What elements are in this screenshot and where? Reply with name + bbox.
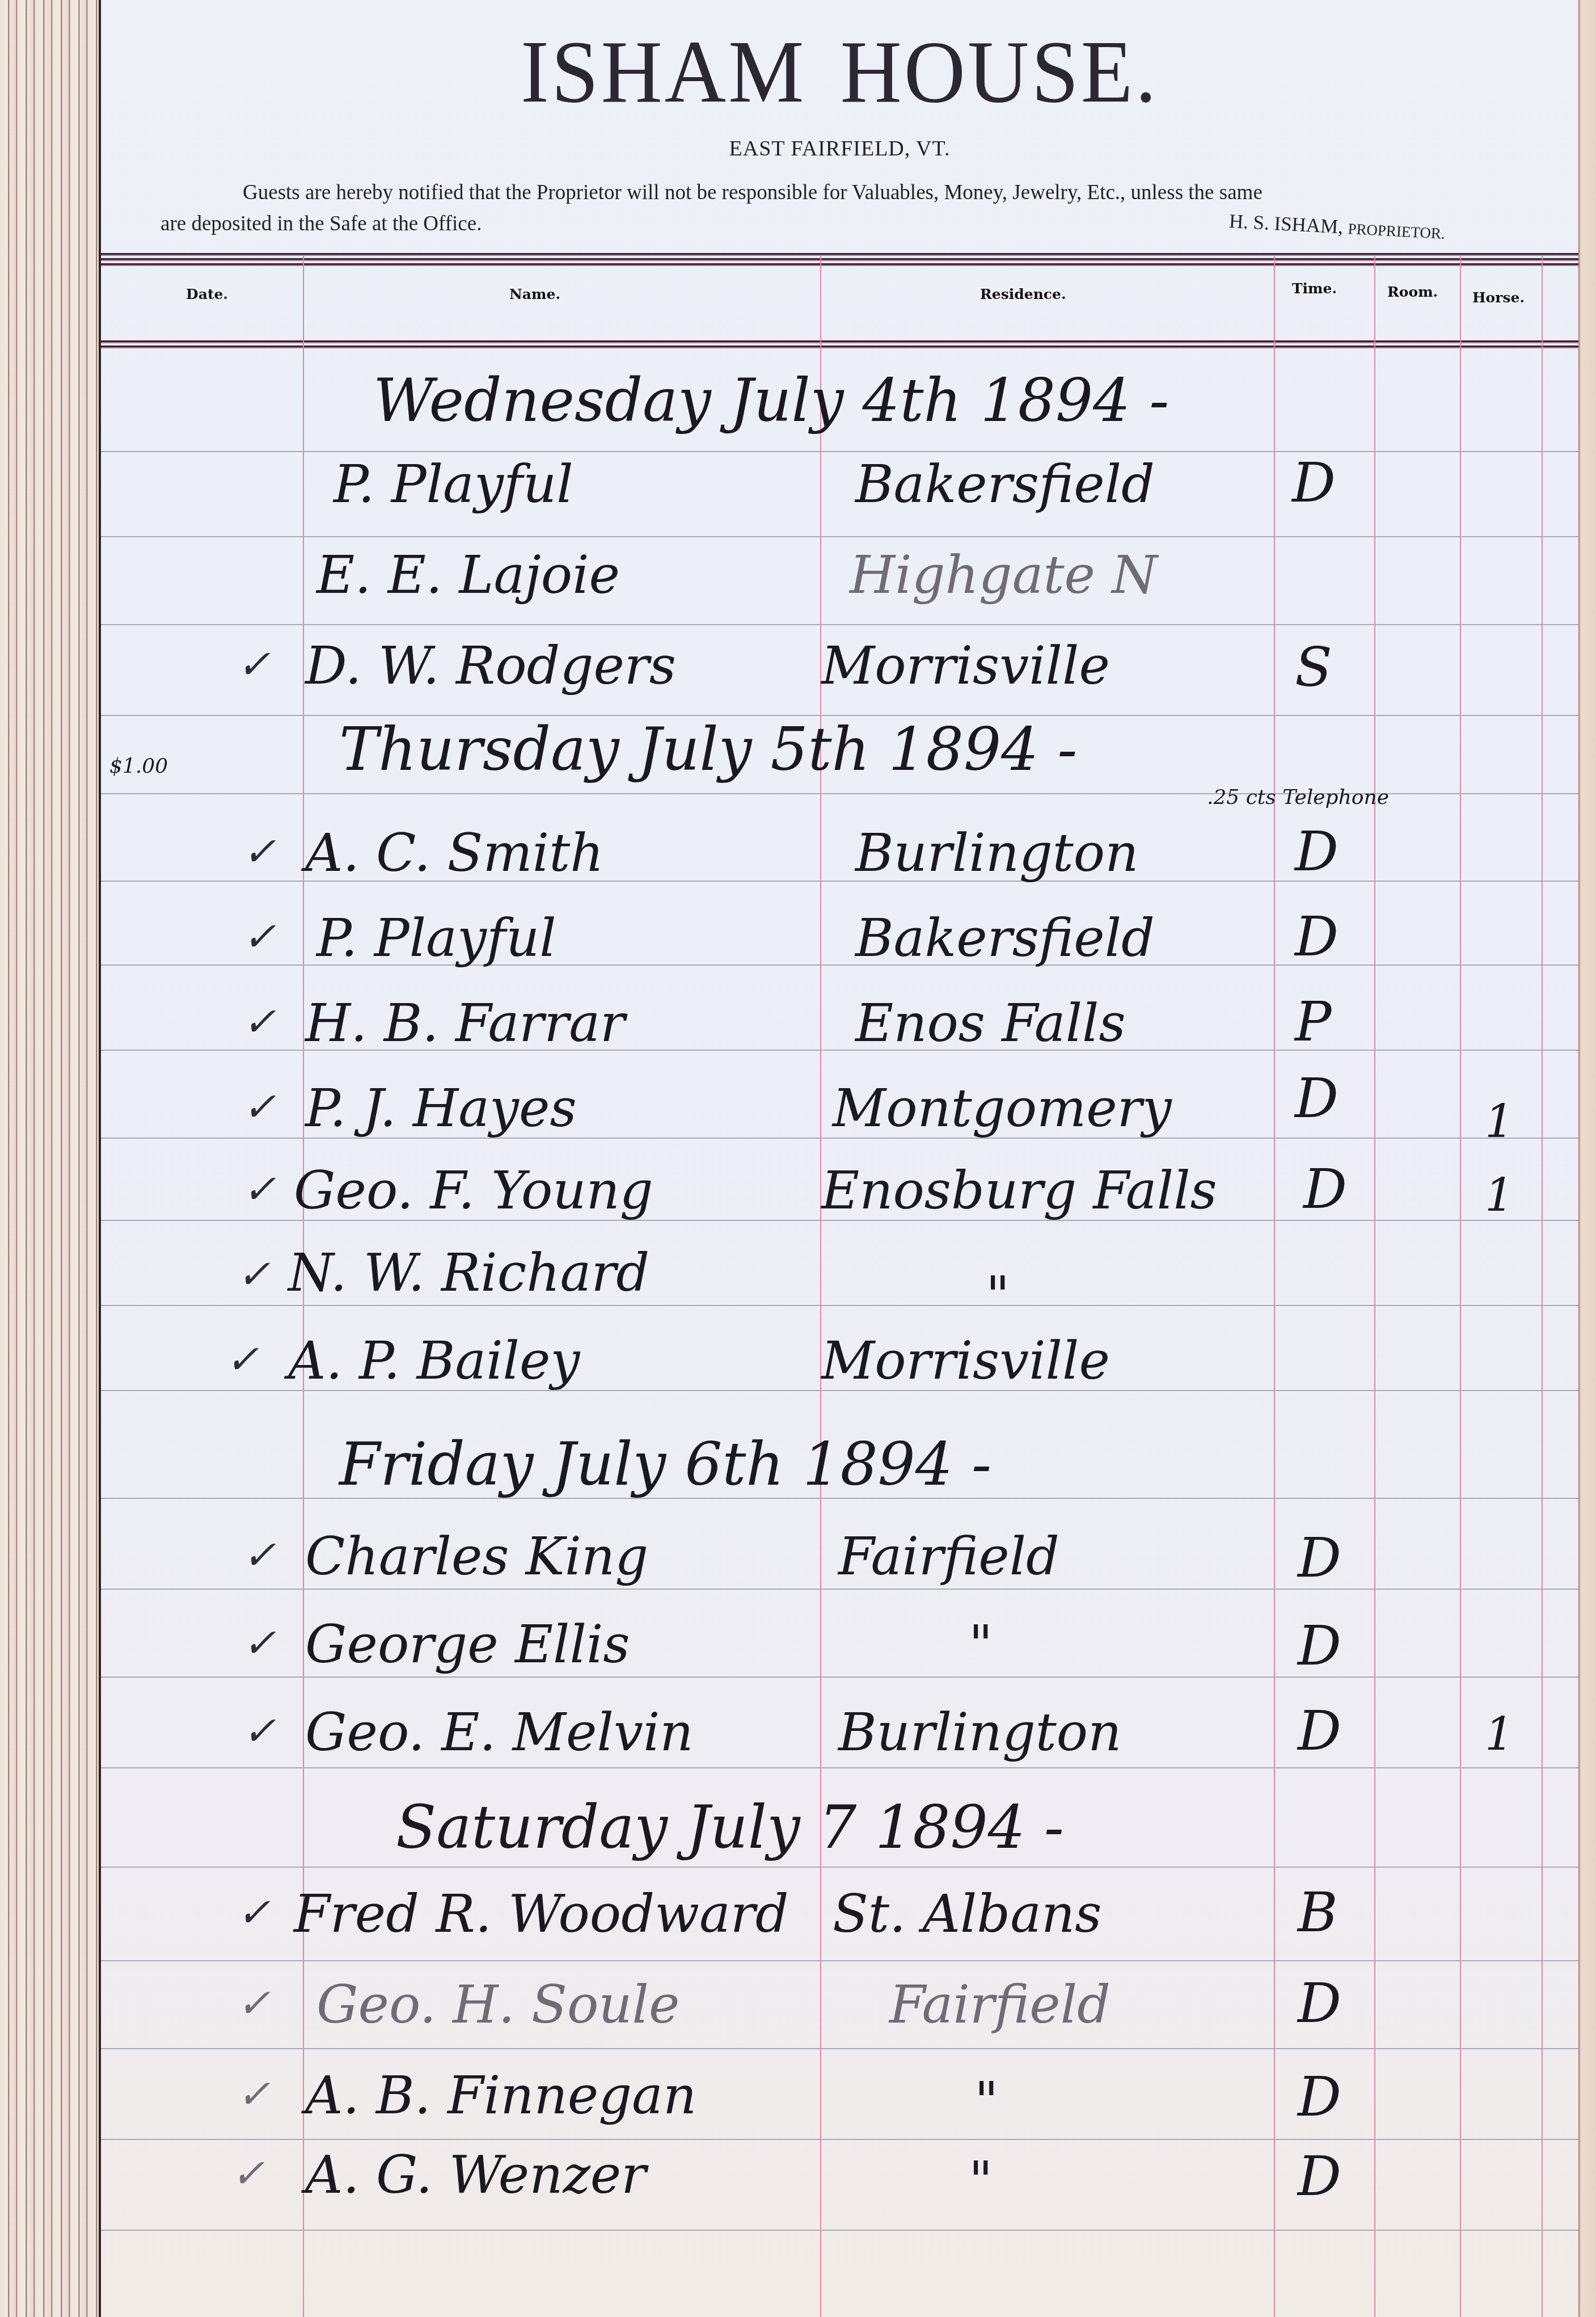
guest-residence: Fairfield	[889, 1974, 1111, 2035]
ruled-line	[101, 536, 1578, 537]
guest-name: Geo. E. Melvin	[305, 1702, 694, 1763]
proprietor-title: PROPRIETOR.	[1348, 220, 1446, 242]
guest-residence: Burlington	[838, 1702, 1121, 1763]
ruled-line	[101, 624, 1578, 625]
checkmark: ✓	[237, 1980, 271, 2027]
proprietor-name: H. S. ISHAM,	[1228, 210, 1344, 238]
ruled-line	[101, 1676, 1578, 1678]
page-title: ISHAMHOUSE.	[101, 20, 1578, 123]
divider-room-horse	[1460, 255, 1461, 2317]
guest-residence: "	[974, 2071, 998, 2131]
guest-time: D	[1298, 1614, 1341, 1678]
guest-name: Geo. F. Young	[294, 1160, 653, 1221]
guest-residence: St. Albans	[833, 1884, 1102, 1944]
header-top-rule	[101, 253, 1578, 268]
divider-residence-time	[1274, 255, 1275, 2317]
col-name: Name.	[509, 286, 560, 302]
guest-name: H. B. Farrar	[305, 993, 625, 1054]
ruled-line	[101, 2139, 1578, 2140]
day-heading: Friday July 6th 1894 -	[339, 1430, 991, 1499]
guest-name: E. E. Lajoie	[316, 545, 620, 605]
col-room: Room.	[1387, 284, 1438, 300]
ruled-line	[101, 2230, 1578, 2231]
checkmark: ✓	[243, 1166, 276, 1212]
guest-residence: "	[969, 1614, 993, 1675]
guest-horse: 1	[1485, 1095, 1514, 1148]
register-page: ISHAMHOUSE. EAST FAIRFIELD, VT. Guests a…	[101, 0, 1578, 2317]
book-page-stack	[0, 0, 101, 2317]
ruled-line	[101, 1867, 1578, 1868]
ruled-line	[101, 1305, 1578, 1306]
col-residence: Residence.	[980, 286, 1066, 302]
guest-residence: Bakersfield	[855, 908, 1155, 968]
ruled-line	[101, 1589, 1578, 1590]
book-right-edge	[1578, 0, 1596, 2317]
guest-time: D	[1298, 2065, 1341, 2129]
divider-horse-edge	[1542, 255, 1543, 2317]
checkmark: ✓	[243, 999, 276, 1045]
col-date: Date.	[186, 286, 228, 302]
checkmark: ✓	[243, 1532, 276, 1578]
margin-note-telephone: .25 cts Telephone	[1207, 786, 1389, 809]
ruled-line	[101, 451, 1578, 452]
col-time: Time.	[1292, 280, 1337, 297]
guest-name: A. G. Wenzer	[305, 2145, 646, 2205]
guest-name: P. J. Hayes	[305, 1078, 577, 1139]
guest-time: D	[1295, 905, 1339, 968]
guest-name: Charles King	[305, 1526, 648, 1587]
title-isham: ISHAM	[521, 22, 806, 121]
guest-horse: 1	[1485, 1708, 1514, 1760]
guest-time: D	[1295, 1067, 1339, 1130]
column-headers: Date. Name. Residence. Time. Room. Horse…	[101, 276, 1578, 327]
guest-name: P. Playful	[333, 454, 573, 515]
guest-name: George Ellis	[305, 1614, 630, 1675]
checkmark: ✓	[237, 2071, 271, 2117]
guest-residence: Bakersfield	[855, 454, 1155, 515]
day-heading: Thursday July 5th 1894 -	[339, 715, 1077, 784]
guest-name: P. Playful	[316, 908, 556, 968]
checkmark: ✓	[237, 641, 271, 688]
guest-name: A. C. Smith	[305, 823, 603, 883]
guest-name: N. W. Richard	[288, 1242, 649, 1303]
margin-note-amount: $1.00	[109, 755, 168, 778]
notice-line-1: Guests are hereby notified that the Prop…	[243, 180, 1578, 205]
guest-residence: Highgate N	[850, 545, 1158, 605]
guest-residence: "	[986, 1265, 1010, 1326]
checkmark: ✓	[237, 1889, 271, 1936]
ruled-line	[101, 1767, 1578, 1768]
ruled-line	[101, 1960, 1578, 1961]
proprietor-signature: H. S. ISHAM, PROPRIETOR.	[1228, 210, 1446, 244]
guest-time: D	[1295, 820, 1339, 883]
day-heading: Wednesday July 4th 1894 -	[373, 366, 1169, 435]
guest-name: D. W. Rodgers	[305, 635, 676, 696]
ruled-line	[101, 2048, 1578, 2049]
col-horse: Horse.	[1472, 289, 1525, 306]
header-bottom-rule	[101, 340, 1578, 351]
checkmark: ✓	[243, 1620, 276, 1666]
title-house: HOUSE.	[840, 22, 1159, 121]
guest-residence: Montgomery	[833, 1078, 1172, 1139]
checkmark: ✓	[231, 2150, 265, 2197]
day-heading: Saturday July 7 1894 -	[396, 1793, 1064, 1862]
guest-name: A. P. Bailey	[288, 1330, 580, 1391]
guest-residence: Morrisville	[821, 635, 1110, 696]
guest-name: Fred R. Woodward	[294, 1884, 789, 1944]
checkmark: ✓	[226, 1336, 259, 1383]
guest-name: A. B. Finnegan	[305, 2065, 696, 2126]
guest-time: D	[1298, 1526, 1341, 1590]
guest-residence: Morrisville	[821, 1330, 1110, 1391]
guest-residence: Enos Falls	[855, 993, 1126, 1054]
guest-residence: Fairfield	[838, 1526, 1059, 1587]
guest-time: D	[1298, 1699, 1341, 1763]
guest-horse: 1	[1485, 1169, 1514, 1221]
guest-time: D	[1298, 1971, 1341, 2035]
checkmark: ✓	[237, 1251, 271, 1297]
guest-residence: "	[969, 2150, 993, 2211]
location: EAST FAIRFIELD, VT.	[101, 136, 1578, 161]
checkmark: ✓	[243, 1084, 276, 1130]
guest-name: Geo. H. Soule	[316, 1974, 679, 2035]
guest-time: D	[1298, 2145, 1341, 2208]
checkmark: ✓	[243, 913, 276, 960]
notice-line-2: are deposited in the Safe at the Office.	[161, 212, 482, 236]
checkmark: ✓	[243, 1708, 276, 1754]
guest-time: P	[1295, 990, 1332, 1054]
guest-time: D	[1303, 1157, 1347, 1221]
guest-time: S	[1295, 635, 1332, 699]
guest-residence: Burlington	[855, 823, 1138, 883]
guest-time: D	[1292, 451, 1336, 515]
divider-time-room	[1374, 255, 1375, 2317]
guest-residence: Enosburg Falls	[821, 1160, 1217, 1221]
checkmark: ✓	[243, 828, 276, 875]
divider-name-residence	[820, 255, 821, 2317]
guest-time: B	[1298, 1881, 1338, 1944]
